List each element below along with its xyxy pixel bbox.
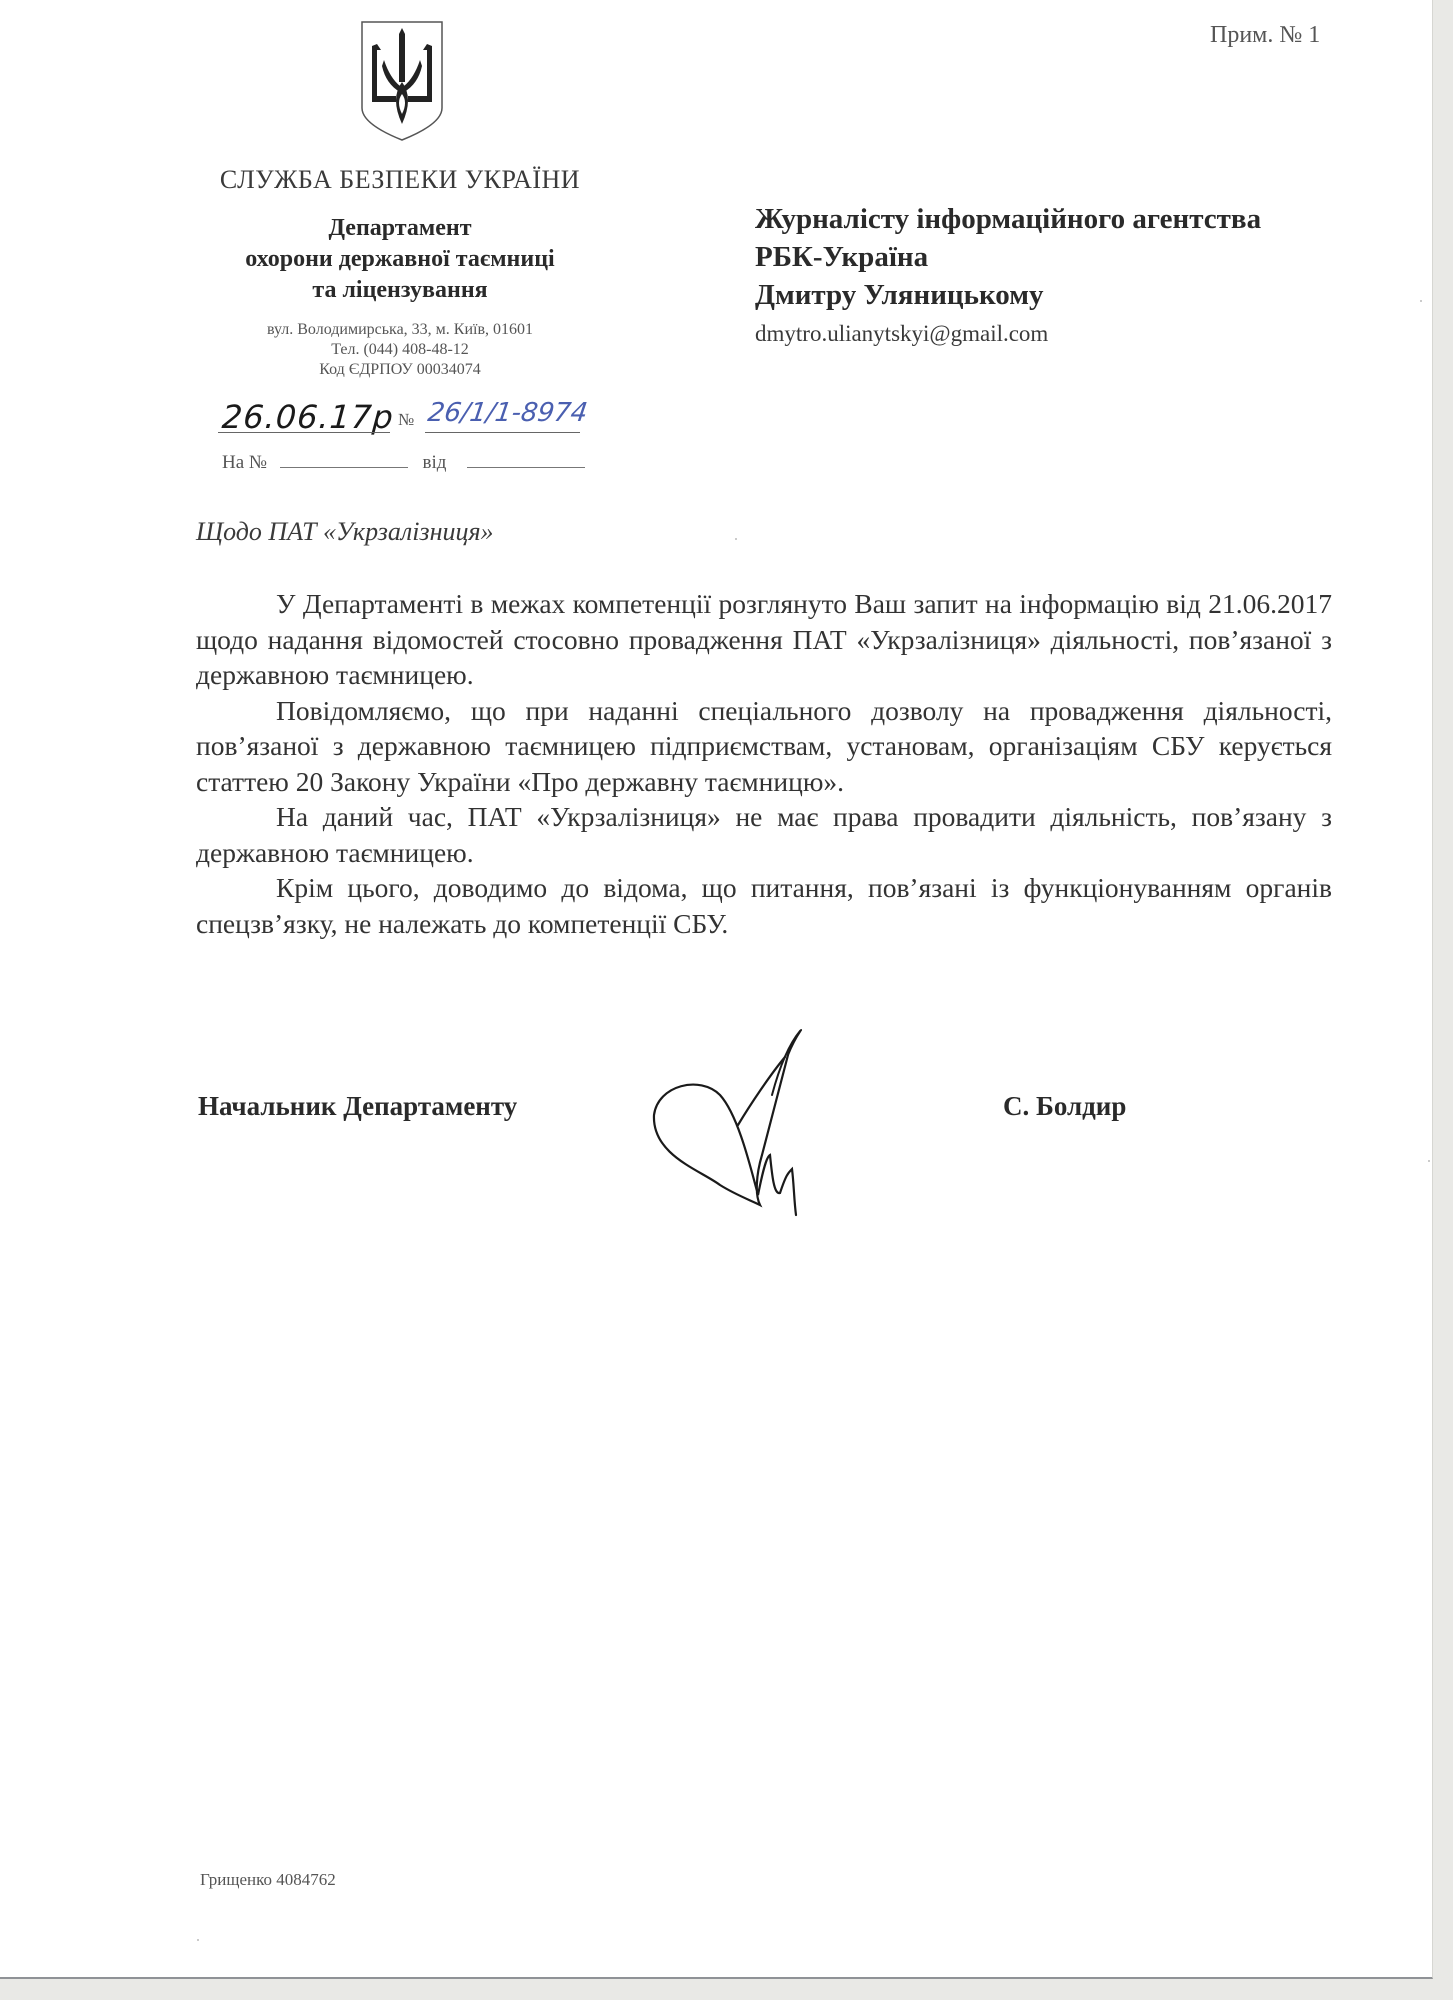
- agency-name: СЛУЖБА БЕЗПЕКИ УКРАЇНИ: [190, 165, 610, 195]
- addressee-line: Дмитру Уляницькому: [755, 276, 1355, 314]
- phone-line: Тел. (044) 408-48-12: [190, 340, 610, 360]
- executor-info: Грищенко 4084762: [200, 1870, 336, 1890]
- contact-info: вул. Володимирська, 33, м. Київ, 01601 Т…: [190, 320, 610, 380]
- department-line: Департамент: [190, 213, 610, 244]
- number-underline: [425, 432, 580, 433]
- signatory-name: С. Болдир: [1003, 1091, 1126, 1122]
- reference-number-label: На №: [222, 452, 267, 473]
- reference-from-label: від: [423, 452, 447, 473]
- addressee-line: РБК-Україна: [755, 238, 1355, 276]
- body-paragraph: Крім цього, доводимо до відома, що питан…: [196, 870, 1332, 941]
- edrpou-code-line: Код ЄДРПОУ 00034074: [190, 360, 610, 380]
- scan-speck: [197, 1939, 199, 1941]
- trident-coat-of-arms-icon: [360, 20, 444, 142]
- addressee-line: Журналісту інформаційного агентства: [755, 200, 1355, 238]
- reference-date-blank: [467, 466, 585, 468]
- registration-number-label: №: [398, 410, 414, 430]
- body-paragraph: У Департаменті в межах компетенції розгл…: [196, 586, 1332, 693]
- document-page: Прим. № 1 СЛУЖБА БЕЗПЕ: [0, 0, 1433, 1979]
- address-line: вул. Володимирська, 33, м. Київ, 01601: [190, 320, 610, 340]
- body-paragraph: Повідомляємо, що при наданні спеціальног…: [196, 693, 1332, 800]
- addressee-email: dmytro.ulianytskyi@gmail.com: [755, 316, 1355, 352]
- letterhead: СЛУЖБА БЕЗПЕКИ УКРАЇНИ Департамент охоро…: [190, 165, 610, 380]
- body-paragraph: На даний час, ПАТ «Укрзалізниця» не має …: [196, 799, 1332, 870]
- registration-number-handwritten: 26/1/1-8974: [426, 398, 589, 428]
- letter-subject: Щодо ПАТ «Укрзалізниця»: [196, 517, 494, 547]
- scan-speck: [1420, 300, 1422, 302]
- department-line: охорони державної таємниці: [190, 244, 610, 275]
- date-underline: [218, 432, 390, 433]
- letter-body: У Департаменті в межах компетенції розгл…: [196, 586, 1332, 941]
- registration-date-handwritten: 26.06.17р: [221, 398, 395, 436]
- scan-speck: [735, 538, 737, 540]
- department-name: Департамент охорони державної таємниці т…: [190, 213, 610, 306]
- scan-speck: [1428, 1160, 1430, 1162]
- department-line: та ліцензування: [190, 275, 610, 306]
- signatory-title: Начальник Департаменту: [198, 1091, 517, 1122]
- addressee-block: Журналісту інформаційного агентства РБК-…: [755, 200, 1355, 352]
- reference-number-blank: [280, 466, 408, 468]
- reference-row: На № від: [222, 452, 585, 474]
- handwritten-signature-icon: [640, 1025, 880, 1225]
- annex-mark: Прим. № 1: [1210, 22, 1320, 49]
